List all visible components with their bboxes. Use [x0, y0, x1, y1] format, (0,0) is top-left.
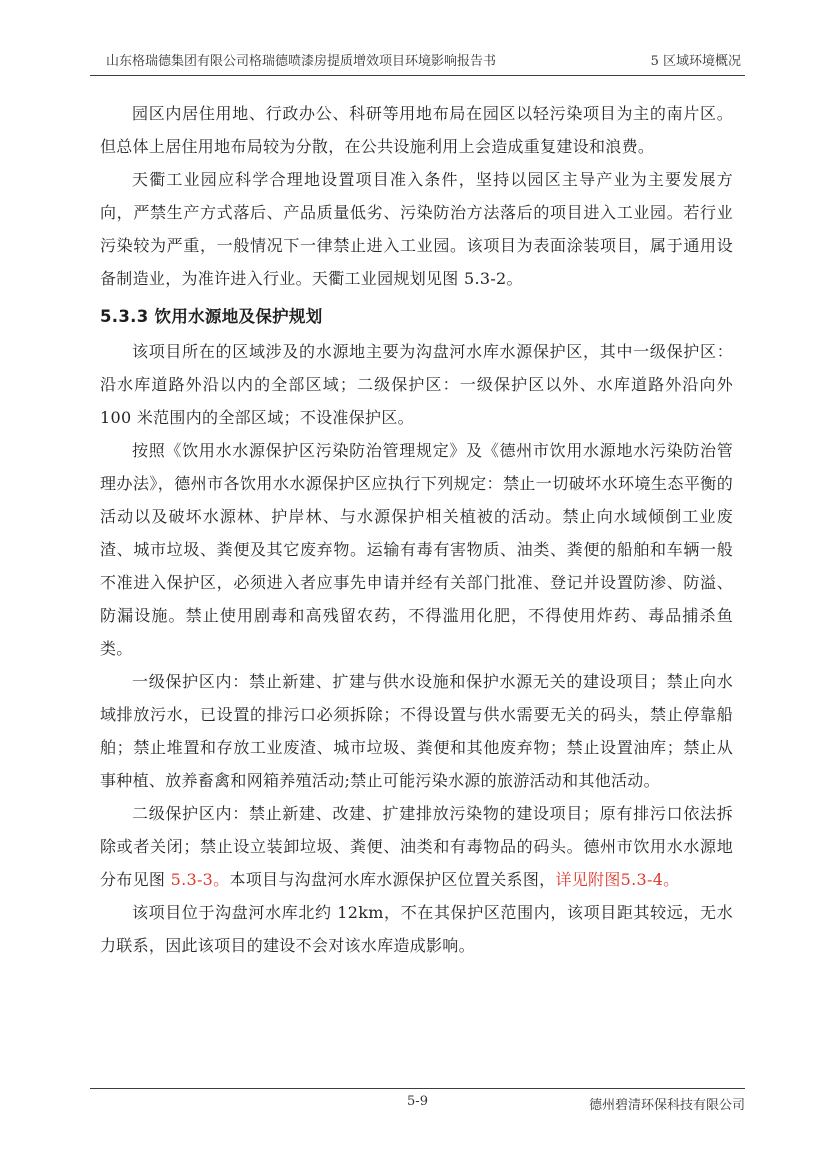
paragraph-industrial-park-entry-conditions: 天衢工业园应科学合理地设置项目准入条件，坚持以园区主导产业为主要发展方向，严禁生…: [100, 163, 733, 295]
paragraph-project-distance-conclusion: 该项目位于沟盘河水库北约 12km，不在其保护区范围内，该项目距其较远，无水力联…: [100, 896, 733, 962]
figure-reference-red: 5.3-3。: [171, 870, 230, 889]
text-run: 天衢工业园应科学合理地设置项目准入条件，坚持以园区主导产业为主要发展方向，严禁生…: [100, 170, 733, 288]
paragraph-first-class-protection-zone: 一级保护区内：禁止新建、扩建与供水设施和保护水源无关的建设项目；禁止向水域排放污…: [100, 665, 733, 797]
document-body: 园区内居住用地、行政办公、科研等用地布局在园区以轻污染项目为主的南片区。但总体上…: [100, 97, 733, 962]
paragraph-second-class-protection-zone: 二级保护区内：禁止新建、改建、扩建排放污染物的建设项目；原有排污口依法拆除或者关…: [100, 797, 733, 896]
text-run: 一级保护区内：禁止新建、扩建与供水设施和保护水源无关的建设项目；禁止向水域排放污…: [100, 672, 733, 790]
text-run: 按照《饮用水水源保护区污染防治管理规定》及《德州市饮用水源地水污染防治管理办法》…: [100, 441, 733, 658]
text-run: 该项目位于沟盘河水库北约 12km，不在其保护区范围内，该项目距其较远，无水力联…: [100, 903, 733, 955]
footer-company-name: 德州碧清环保科技有限公司: [589, 1094, 745, 1113]
header-chapter-title: 5 区域环境概况: [651, 50, 745, 69]
paragraph-water-source-protection-zones: 该项目所在的区域涉及的水源地主要为沟盘河水库水源保护区，其中一级保护区：沿水库道…: [100, 335, 733, 434]
text-run: 该项目所在的区域涉及的水源地主要为沟盘河水库水源保护区，其中一级保护区：沿水库道…: [100, 342, 733, 427]
figure-reference-red: 详见附图5.3-4。: [555, 870, 679, 889]
text-run: 本项目与沟盘河水库水源保护区位置关系图，: [229, 870, 555, 889]
page-footer: 5-9 德州碧清环保科技有限公司: [90, 1088, 745, 1118]
page-header: 山东格瑞德集团有限公司格瑞德喷漆房提质增效项目环境影响报告书 5 区域环境概况: [90, 50, 745, 76]
text-run: 园区内居住用地、行政办公、科研等用地布局在园区以轻污染项目为主的南片区。但总体上…: [100, 104, 733, 156]
section-heading-5-3-3: 5.3.3 饮用水源地及保护规划: [100, 302, 733, 332]
text-run: 5.3.3 饮用水源地及保护规划: [100, 307, 323, 326]
document-page: 山东格瑞德集团有限公司格瑞德喷漆房提质增效项目环境影响报告书 5 区域环境概况 …: [0, 0, 827, 1169]
paragraph-residential-land-layout: 园区内居住用地、行政办公、科研等用地布局在园区以轻污染项目为主的南片区。但总体上…: [100, 97, 733, 163]
header-report-title: 山东格瑞德集团有限公司格瑞德喷漆房提质增效项目环境影响报告书: [90, 50, 496, 69]
paragraph-protection-regulations: 按照《饮用水水源保护区污染防治管理规定》及《德州市饮用水源地水污染防治管理办法》…: [100, 434, 733, 665]
